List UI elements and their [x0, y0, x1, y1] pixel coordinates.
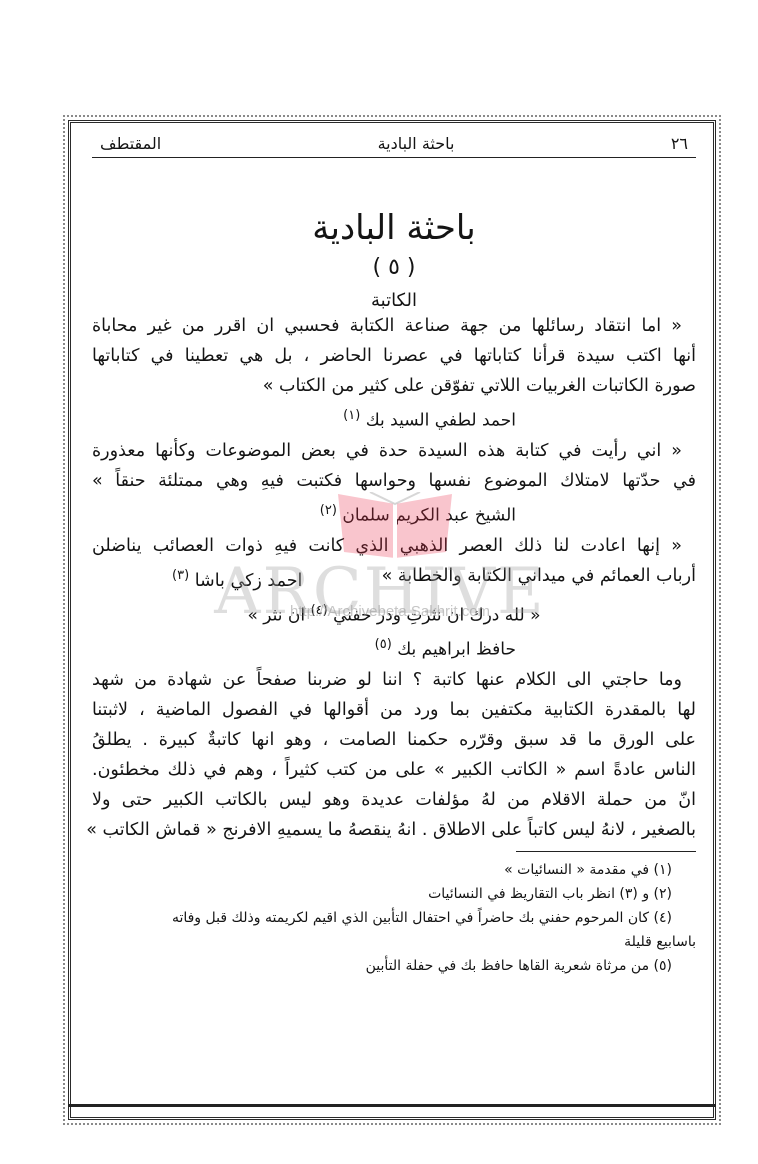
quote-author: حافظ ابراهيم بك (٥)	[92, 630, 696, 665]
quote-line: أنها اكتب سيدة قرأنا كتاباتها في عصرنا ا…	[92, 341, 696, 371]
footnote-2-3: (٢) و (٣) انظر باب التقاريظ في النسائيات	[92, 882, 696, 906]
body-line: انّ من حملة الاقلام من لهُ مؤلفات عديدة …	[92, 785, 696, 815]
quote-line: « اما انتقاد رسائلها من جهة صناعة الكتاب…	[92, 311, 696, 341]
footnote-1: (١) في مقدمة « النسائيات »	[92, 858, 696, 882]
author-name: احمد زكي باشا	[195, 571, 303, 591]
journal-name: المقتطف	[100, 134, 161, 153]
document-page: ٢٦ باحثة البادية المقتطف باحثة البادية (…	[92, 128, 696, 978]
body-line: لها بالمقدرة الكتابية مكتفين بما ورد من …	[92, 695, 696, 725]
page-number: ٢٦	[671, 134, 688, 153]
article-title: باحثة البادية	[92, 210, 696, 247]
footnote-ref: (٤)	[311, 603, 328, 618]
quote-line: « اني رأيت في كتابة هذه السيدة حدة في بع…	[92, 436, 696, 466]
footnote-4: (٤) كان المرحوم حفني بك حاضراً في احتفال…	[92, 906, 696, 930]
verse-line: « لله درك ان نثرتِ ودر حفني (٤) ان نثر »	[92, 596, 696, 631]
footnote-ref: (٢)	[320, 503, 337, 518]
body-paragraph: وما حاجتي الى الكلام عنها كاتبة ؟ اننا ل…	[92, 665, 696, 845]
quote-line: في حدّتها لامتلاك الموضوع نفسها وحواسها …	[92, 466, 696, 496]
author-name: احمد لطفي السيد بك	[366, 411, 516, 431]
quote-author: الشيخ عبد الكريم سلمان (٢)	[92, 496, 696, 531]
footnote-divider	[516, 851, 696, 852]
quote-author: احمد لطفي السيد بك (١)	[92, 401, 696, 436]
bottom-rule	[68, 1104, 716, 1107]
quote-line: أرباب العمائم في ميداني الكتابة والخطابة…	[382, 561, 696, 596]
author-name: حافظ ابراهيم بك	[397, 640, 516, 660]
quote-2: « اني رأيت في كتابة هذه السيدة حدة في بع…	[92, 436, 696, 531]
body-line: بالصغير ، لانهُ ليس كاتباً على الاطلاق .…	[92, 815, 696, 845]
body-line: الناس عادةً اسم « الكاتب الكبير » على من…	[92, 755, 696, 785]
quote-author: احمد زكي باشا (٣)	[92, 561, 302, 596]
running-head: ٢٦ باحثة البادية المقتطف	[92, 128, 696, 158]
body-line: على الورق ما قد سبق وقرّره حكمنا الصامت …	[92, 725, 696, 755]
author-name: الشيخ عبد الكريم سلمان	[342, 506, 516, 526]
quote-line: « إنها اعادت لنا ذلك العصر الذهبي الذي ك…	[92, 531, 696, 561]
footnote-ref: (١)	[343, 408, 360, 423]
article-part-number: ( ٥ )	[92, 255, 696, 280]
verse-text: « لله درك ان نثرتِ ودر حفني	[333, 605, 540, 625]
running-head-title: باحثة البادية	[378, 134, 455, 153]
footnote-ref: (٣)	[172, 568, 189, 583]
section-heading: الكاتبة	[92, 290, 696, 311]
verse-end: ان نثر »	[247, 605, 305, 625]
quote-last-line-with-author: أرباب العمائم في ميداني الكتابة والخطابة…	[92, 561, 696, 596]
quote-3: « إنها اعادت لنا ذلك العصر الذهبي الذي ك…	[92, 531, 696, 596]
body-line: وما حاجتي الى الكلام عنها كاتبة ؟ اننا ل…	[92, 665, 696, 695]
footnote-ref: (٥)	[375, 637, 392, 652]
quote-4-verse: « لله درك ان نثرتِ ودر حفني (٤) ان نثر »…	[92, 596, 696, 665]
footnote-4-continued: باسابيع قليلة	[92, 930, 696, 954]
quote-line: صورة الكاتبات الغربيات اللاتي تفوّقن على…	[92, 371, 696, 401]
quote-1: « اما انتقاد رسائلها من جهة صناعة الكتاب…	[92, 311, 696, 436]
footnotes: (١) في مقدمة « النسائيات » (٢) و (٣) انظ…	[92, 858, 696, 978]
footnote-5: (٥) من مرثاة شعرية القاها حافظ بك في حفل…	[92, 954, 696, 978]
